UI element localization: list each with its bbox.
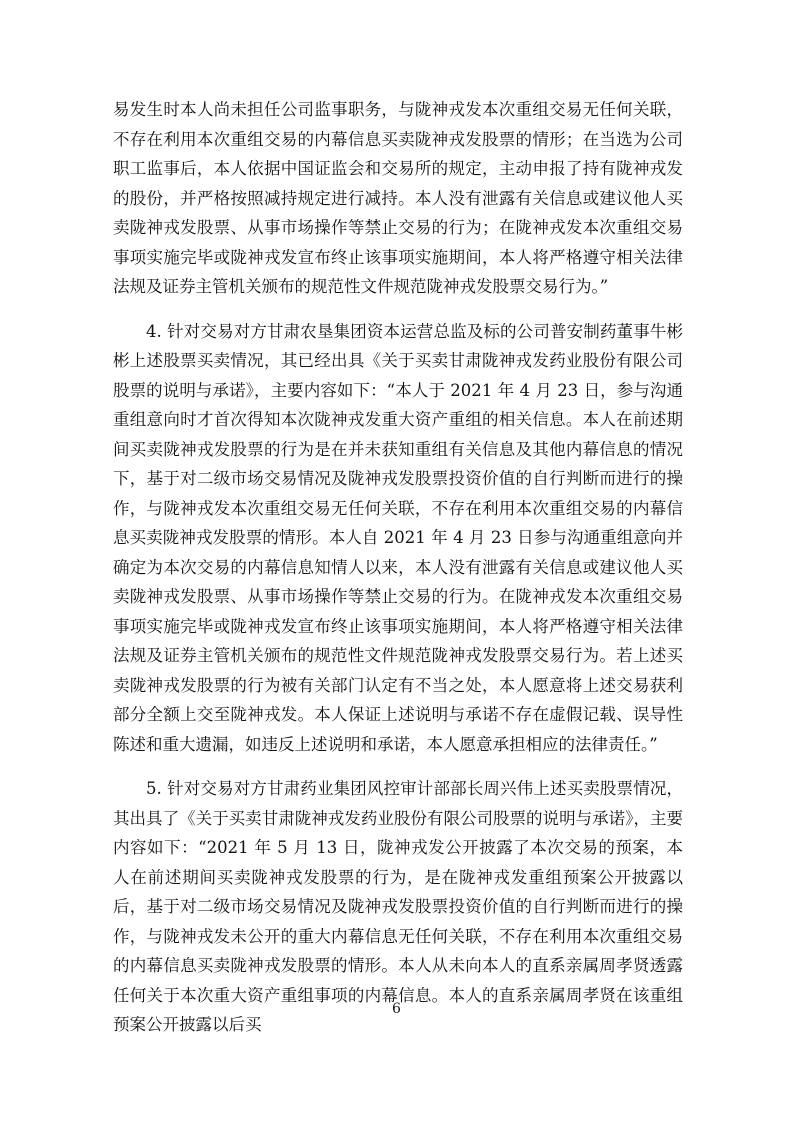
continuation-paragraph: 易发生时本人尚未担任公司监事职务，与陇神戎发本次重组交易无任何关联，不存在利用本… (113, 95, 683, 302)
document-page: 易发生时本人尚未担任公司监事职务，与陇神戎发本次重组交易无任何关联，不存在利用本… (0, 0, 793, 1122)
page-number: 6 (0, 1000, 793, 1018)
text-block: 易发生时本人尚未担任公司监事职务，与陇神戎发本次重组交易无任何关联，不存在利用本… (113, 95, 683, 1055)
item-4-paragraph: 4. 针对交易对方甘肃农垦集团资本运营总监及标的公司普安制药董事牛彬彬上述股票买… (113, 317, 683, 760)
